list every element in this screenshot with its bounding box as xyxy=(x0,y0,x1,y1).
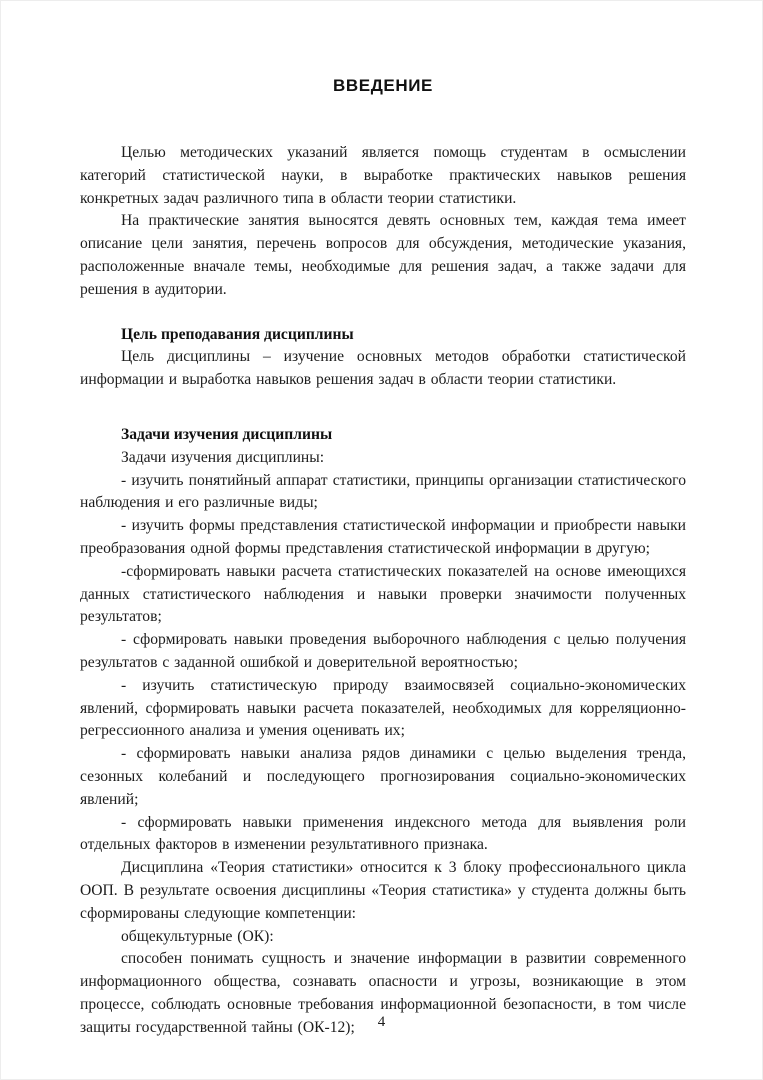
document-page: ВВЕДЕНИЕ Целью методических указаний явл… xyxy=(0,0,763,1080)
task-item-5: - изучить статистическую природу взаимос… xyxy=(80,675,686,743)
tasks-intro-line: Задачи изучения дисциплины: xyxy=(80,447,686,470)
page-title: ВВЕДЕНИЕ xyxy=(80,76,686,96)
tasks-section-heading: Задачи изучения дисциплины xyxy=(80,424,686,447)
task-item-6: - сформировать навыки анализа рядов дина… xyxy=(80,743,686,811)
page-number: 4 xyxy=(0,1012,763,1032)
task-item-7: - сформировать навыки применения индексн… xyxy=(80,812,686,858)
intro-paragraph-2: На практические занятия выносятся девять… xyxy=(80,210,686,301)
task-item-1: - изучить понятийный аппарат статистики,… xyxy=(80,470,686,516)
competences-label: общекультурные (ОК): xyxy=(80,926,686,949)
goal-section-body: Цель дисциплины – изучение основных мето… xyxy=(80,346,686,392)
discipline-paragraph: Дисциплина «Теория статистики» относится… xyxy=(80,857,686,925)
goal-section-heading: Цель преподавания дисциплины xyxy=(80,324,686,347)
task-item-2: - изучить формы представления статистиче… xyxy=(80,515,686,561)
intro-paragraph-1: Целью методических указаний является пом… xyxy=(80,142,686,210)
task-item-4: - сформировать навыки проведения выбороч… xyxy=(80,629,686,675)
task-item-3: -сформировать навыки расчета статистичес… xyxy=(80,561,686,629)
